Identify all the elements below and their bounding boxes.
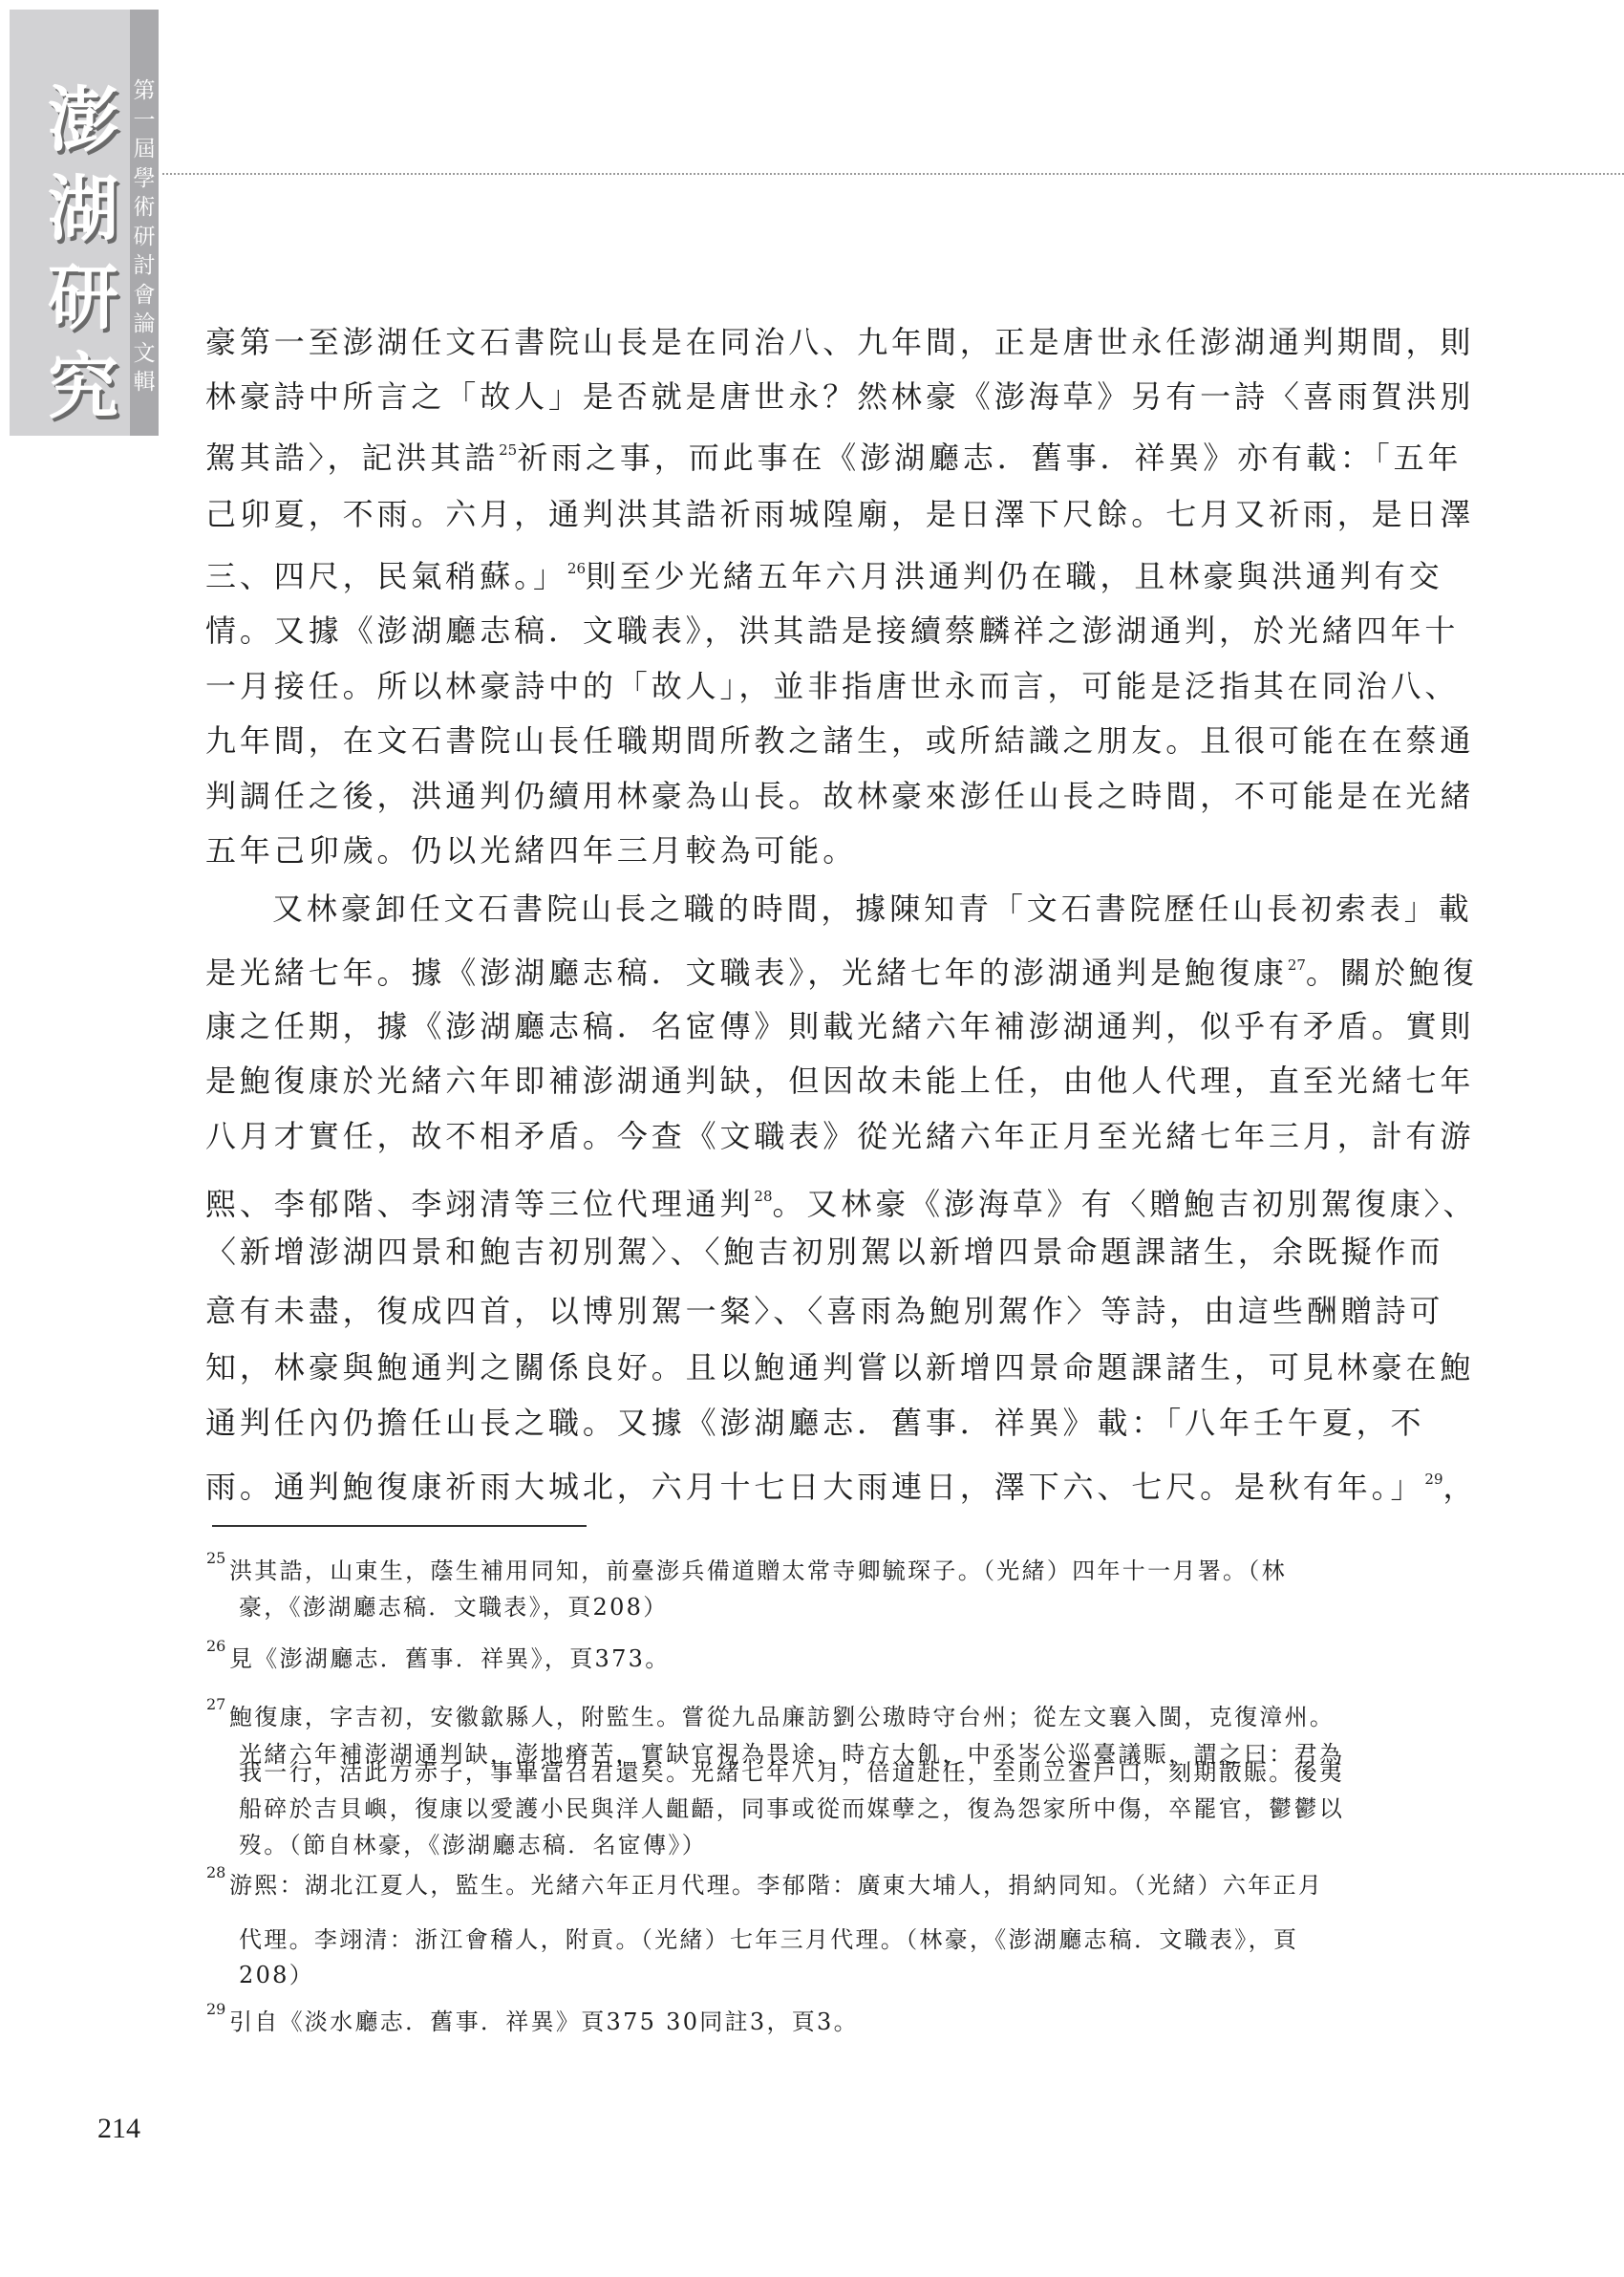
body-line: 康之任期，據《澎湖廳志稿．名宧傳》則載光緒六年補澎湖通判，似乎有矛盾。實則 <box>205 1010 1474 1042</box>
footnote-reference[interactable]: 29 <box>1424 1471 1442 1488</box>
footnote-line: 洪其誥，山東生，蔭生補用同知，前臺澎兵備道贈太常寺卿毓琛子。（光緒）四年十一月署… <box>229 1558 1287 1583</box>
body-line: 意有未盡，復成四首，以博別駕一粲〉、〈喜雨為鮑別駕作〉等詩，由這些酬贈詩可 <box>205 1295 1443 1327</box>
series-title-char: 會 <box>134 281 156 311</box>
body-line: 三、四尺，民氣稍蘇。」26則至少光緒五年六月洪通判仍在職，且林豪與洪通判有交 <box>205 560 1443 592</box>
body-line: 〈新增澎湖四景和鮑吉初別駕〉、〈鮑吉初別駕以新增四景命題課諸生，余既擬作而 <box>205 1235 1443 1268</box>
body-line: 一月接任。所以林豪詩中的「故人」，並非指唐世永而言，可能是泛指其在同治八、 <box>205 670 1459 702</box>
body-line: 八月才實任，故不相矛盾。今查《文職表》從光緒六年正月至光緒七年三月，計有游 <box>205 1120 1474 1152</box>
body-line: 己卯夏，不雨。六月，通判洪其誥祈雨城隍廟，是日澤下尺餘。七月又祈雨，是日澤 <box>205 498 1474 530</box>
footnote-reference[interactable]: 27 <box>1288 956 1306 974</box>
body-line: 是光緒七年。據《澎湖廳志稿．文職表》，光緒七年的澎湖通判是鮑復康27。關於鮑復 <box>205 956 1477 989</box>
series-title-char: 屆 <box>134 135 156 164</box>
body-text-segment: 。關於鮑復 <box>1306 955 1478 991</box>
footnote-line: 我一行，活此方赤子，事畢當召君還矣。光緒七年八月，倍道赴任，至則立查戶口，刻期散… <box>239 1760 1344 1785</box>
footnote-reference[interactable]: 26 <box>567 560 586 577</box>
footnote-line: 游熙：湖北江夏人，監生。光緒六年正月代理。李郁階：廣東大埔人，捐納同知。（光緒）… <box>229 1873 1323 1898</box>
body-text-segment: 三、四尺，民氣稍蘇。」 <box>205 558 567 594</box>
body-line: 豪第一至澎湖任文石書院山長是在同治八、九年間，正是唐世永任澎湖通判期間，則 <box>205 326 1474 358</box>
footnote-line: 鮑復康，字吉初，安徽歙縣人，附監生。嘗從九品廉訪劉公璈時守台州；從左文襄入閩，克… <box>229 1705 1335 1729</box>
journal-title-char: 研 <box>48 254 118 343</box>
footnote-line: 見《澎湖廳志．舊事．祥異》，頁373。 <box>229 1646 671 1671</box>
footnote-separator <box>212 1525 587 1527</box>
series-title-char: 學 <box>134 164 156 194</box>
body-line: 九年間，在文石書院山長任職期間所教之諸生，或所結識之朋友。且很可能在在蔡通 <box>205 724 1474 757</box>
footnote-line: 引自《淡水廳志．舊事．祥異》頁375 30同註3，頁3。 <box>229 2009 859 2034</box>
body-line: 知，林豪與鮑通判之關係良好。且以鮑通判嘗以新增四景命題課諸生，可見林豪在鮑 <box>205 1351 1474 1384</box>
footnote-reference[interactable]: 25 <box>499 441 517 459</box>
body-line: 駕其誥〉，記洪其誥25祈雨之事，而此事在《澎湖廳志．舊事．祥異》亦有載：「五年 <box>205 441 1462 474</box>
series-title-char: 輯 <box>134 368 156 397</box>
footnote-line: 代理。李翊清：浙江會稽人，附貢。（光緒）七年三月代理。（林豪，《澎湖廳志稿．文職… <box>239 1927 1298 1952</box>
body-line: 通判任內仍擔任山長之職。又據《澎湖廳志．舊事．祥異》載：「八年壬午夏，不 <box>205 1407 1424 1439</box>
series-title-char: 第 <box>134 76 156 106</box>
series-title-char: 文 <box>134 339 156 369</box>
series-title-char: 一 <box>134 106 156 136</box>
journal-title-char: 究 <box>48 343 118 432</box>
body-text-segment: 。又林豪《澎海草》有〈贈鮑吉初別駕復康〉、 <box>773 1186 1478 1222</box>
body-text-segment: 熙、李郁階、李翊清等三位代理通判 <box>205 1186 754 1222</box>
footnote-number: 25 <box>206 1551 225 1566</box>
body-line: 判調任之後，洪通判仍續用林豪為山長。故林豪來澎任山長之時間，不可能是在光緒 <box>205 780 1474 812</box>
body-line: 雨。通判鮑復康祈雨大城北，六月十七日大雨連日，澤下六、七尺。是秋有年。」29， <box>205 1471 1477 1503</box>
footnote-line: 豪，《澎湖廳志稿．文職表》，頁208） <box>239 1595 669 1620</box>
footnote-reference[interactable]: 28 <box>754 1188 772 1205</box>
footnote-number: 28 <box>206 1865 225 1880</box>
footnote-number: 26 <box>206 1639 225 1654</box>
body-text-segment: 是光緒七年。據《澎湖廳志稿．文職表》，光緒七年的澎湖通判是鮑復康 <box>205 955 1288 991</box>
journal-title: 澎湖研究 <box>50 76 117 432</box>
series-title-char: 討 <box>134 251 156 281</box>
body-text-segment: 雨。通判鮑復康祈雨大城北，六月十七日大雨連日，澤下六、七尺。是秋有年。」 <box>205 1469 1424 1505</box>
footnote-line: 208） <box>239 1963 314 1987</box>
footnote-line: 歿。（節自林豪，《澎湖廳志稿．名宧傳》） <box>239 1833 707 1858</box>
body-text-segment: ， <box>1443 1469 1478 1505</box>
header-dotted-rule <box>162 173 1624 175</box>
body-line: 又林豪卸任文石書院山長之職的時間，據陳知青「文石書院歷任山長初索表」載 <box>272 892 1473 925</box>
footnote-line: 船碎於吉貝嶼，復康以愛護小民與洋人齟齬，同事或從而媒孽之，復為怨家所中傷，卒罷官… <box>239 1796 1344 1821</box>
body-line: 五年己卯歲。仍以光緒四年三月較為可能。 <box>205 834 857 867</box>
series-title-char: 研 <box>134 223 156 252</box>
body-line: 是鮑復康於光緒六年即補澎湖通判缺，但因故未能上任，由他人代理，直至光緒七年 <box>205 1064 1474 1097</box>
body-text-segment: 祈雨之事，而此事在《澎湖廳志．舊事．祥異》亦有載：「五年 <box>517 440 1462 476</box>
journal-title-char: 湖 <box>48 165 118 254</box>
page-number: 214 <box>97 2115 140 2143</box>
footnote-number: 29 <box>206 2002 225 2017</box>
body-text-segment: 則至少光緒五年六月洪通判仍在職，且林豪與洪通判有交 <box>586 558 1443 594</box>
series-title-char: 術 <box>134 193 156 223</box>
journal-title-char: 澎 <box>48 76 118 165</box>
series-title-char: 論 <box>134 310 156 339</box>
body-line: 情。又據《澎湖廳志稿．文職表》，洪其誥是接續蔡麟祥之澎湖通判，於光緒四年十 <box>205 614 1459 647</box>
body-text-segment: 駕其誥〉，記洪其誥 <box>205 440 499 476</box>
footnote-number: 27 <box>206 1697 225 1712</box>
body-line: 林豪詩中所言之「故人」是否就是唐世永？然林豪《澎海草》另有一詩〈喜雨賀洪別 <box>205 380 1474 413</box>
series-title: 第一屆學術研討會論文輯 <box>130 76 159 397</box>
body-line: 熙、李郁階、李翊清等三位代理通判28。又林豪《澎海草》有〈贈鮑吉初別駕復康〉、 <box>205 1188 1477 1220</box>
